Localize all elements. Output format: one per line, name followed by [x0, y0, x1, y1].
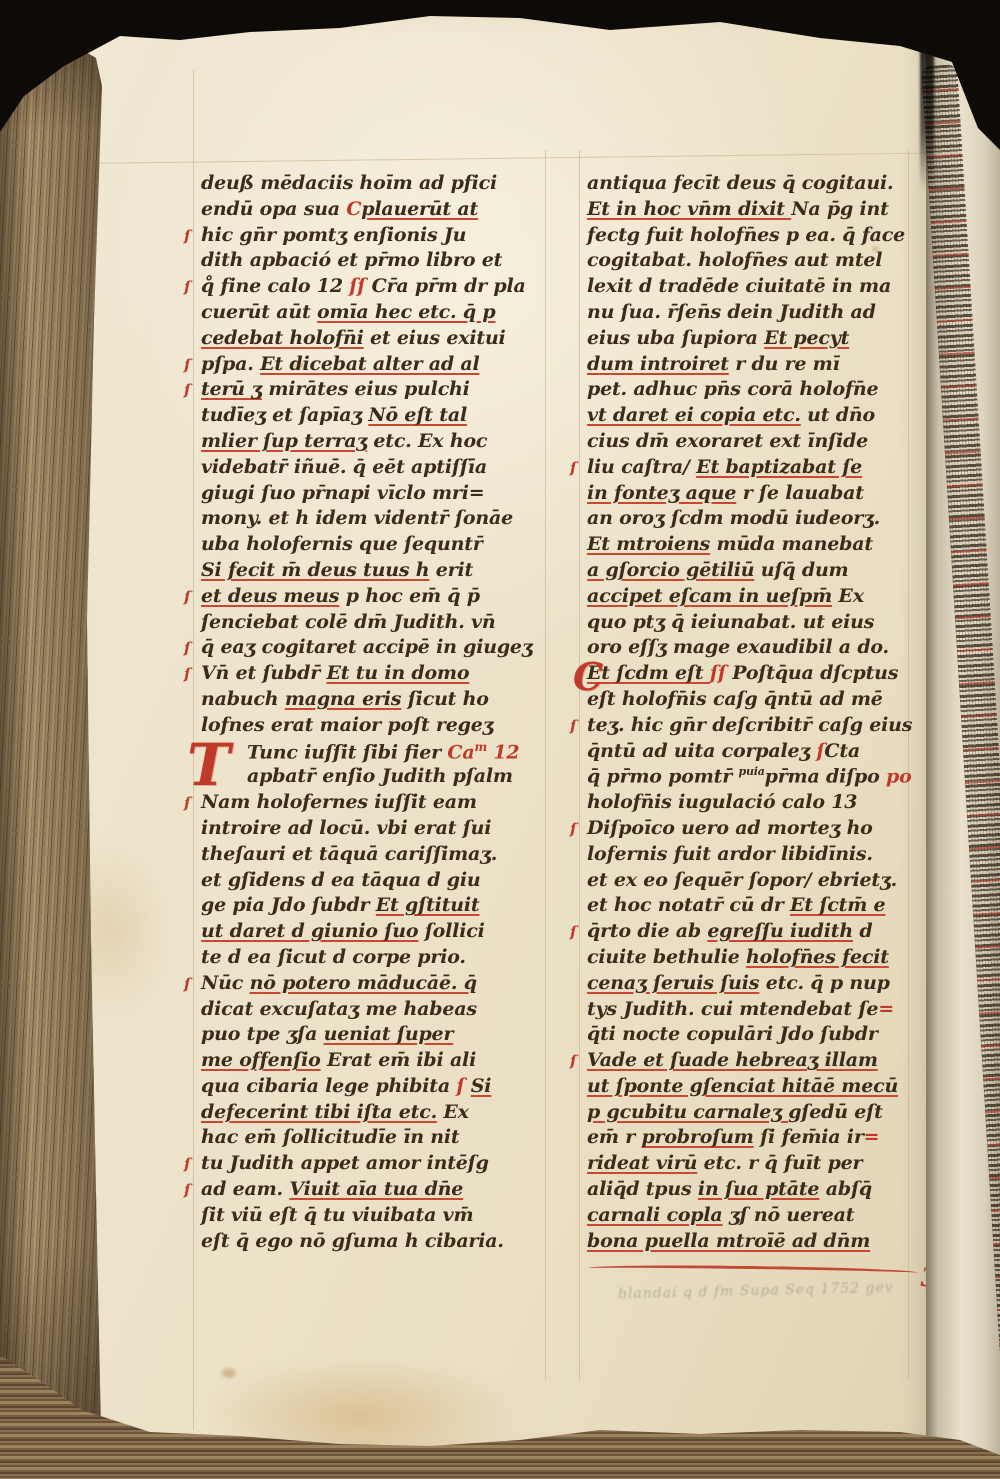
text-column-right: antiqua fecīt deus q̄ cogitaui.Et in hoc… [587, 172, 917, 1255]
text-run: holofn̄is iugulació calo 13 [587, 791, 857, 813]
manuscript-line: defecerint tibi iſta etc. Ex [201, 1101, 545, 1127]
text-run: pr̄ma diſpo [765, 766, 886, 788]
text-run: magna eris [285, 688, 401, 710]
text-run: puo tpe ʒſa [201, 1023, 324, 1045]
text-run: et ex eo ſequēr ſopor/ ebrietʒ. [587, 869, 897, 891]
manuscript-line: eſt holofn̄is caſg q̄ntū ad mē [587, 688, 917, 714]
text-run: lofernis fuit ardor libidīnis. [587, 843, 873, 865]
manuscript-line: aliq̄d tpus in ſua ptāte abſq̄ [587, 1178, 917, 1204]
rubric-margin-tick: ſ [570, 923, 576, 941]
text-run: defecerint tibi iſta etc. [201, 1101, 437, 1123]
manuscript-line: accipet eſcam in ueſpm̄ Ex [587, 585, 917, 611]
manuscript-line: deuß mēdaciis hoīm ad pfici [201, 172, 545, 198]
rubric-margin-tick: ſ [184, 227, 190, 245]
book-photograph: deuß mēdaciis hoīm ad pficiendū opa sua … [0, 0, 1000, 1479]
text-run: quo ptʒ q̄ ieiunabat. ut eius [587, 611, 874, 633]
manuscript-line: ſit viū eſt q̄ tu viuibata vm̄ [201, 1204, 545, 1230]
manuscript-line: me offenſio Erat em̄ ibi ali [201, 1049, 545, 1075]
text-run: cenaʒ ſeruis ſuis [587, 972, 759, 994]
text-run: mirātes eius pulchi [262, 378, 470, 400]
manuscript-line: antiqua fecīt deus q̄ cogitaui. [587, 172, 917, 198]
text-run: omīa hec etc. q̄ p [317, 301, 495, 323]
text-run: mony. et h idem videntr̄ ſonāe [201, 507, 513, 529]
manuscript-line: ſVade et ſuade hebreaʒ illam [587, 1049, 917, 1075]
manuscript-line: cius dm̄ exoraret ext īnſide [587, 430, 917, 456]
rubric-margin-tick: ſ [184, 381, 190, 399]
text-run: Et ſcdm eſt [587, 662, 710, 684]
text-run: 12 [487, 741, 519, 763]
text-run: cuerūt aūt [201, 301, 317, 323]
text-run: et deus meus [201, 585, 339, 607]
manuscript-line: ſet deus meus p hoc em̄ q̄ p̄ [201, 585, 545, 611]
text-run: Nam holofernes iuſſit eam [201, 791, 477, 813]
text-run: m [474, 740, 487, 754]
manuscript-line: oro eſſʒ mage exaudibil a do. [587, 636, 917, 662]
manuscript-line: dicat excuſataʒ me habeas [201, 998, 545, 1024]
text-run: etc. q̄ p nup [759, 972, 889, 994]
book-fore-edge [0, 0, 102, 1479]
manuscript-line: lofernis fuit ardor libidīnis. [587, 843, 917, 869]
text-run: ſit viū eſt q̄ tu viuibata vm̄ [201, 1204, 473, 1226]
manuscript-line: et gſidens d ea tāqua d giu [201, 869, 545, 895]
text-run: tudīeʒ et ſapīaʒ [201, 404, 368, 426]
text-run: Tunc iuſſit ſibi fier [247, 741, 447, 763]
rubric-margin-tick: ſ [184, 665, 190, 683]
text-run: C [346, 198, 361, 220]
manuscript-line: mony. et h idem videntr̄ ſonāe [201, 507, 545, 533]
facing-page-text-edge-on [921, 64, 1000, 1404]
manuscript-line: uba holofernis que ſequntr̄ [201, 533, 545, 559]
text-run: in fonteʒ aque [587, 482, 736, 504]
text-run: videbatr̄ iñuē. q̄ eēt aptiſſīa [201, 456, 487, 478]
text-run: d [853, 920, 873, 942]
text-run: introire ad locū. vbi erat ſui [201, 817, 491, 839]
manuscript-line: dith apbació et pr̄mo libro et [201, 249, 545, 275]
text-run: et eius exitui [364, 327, 506, 349]
manuscript-line: holofn̄is iugulació calo 13 [587, 791, 917, 817]
text-run: q̄ eaʒ cogitaret accipē in giugeʒ [201, 636, 532, 658]
text-run: dicat excuſataʒ me habeas [201, 998, 477, 1020]
text-run: ad eam. [201, 1178, 289, 1200]
text-run: endū opa sua [201, 198, 346, 220]
text-run: Si fecit m̄ deus tuus h [201, 559, 429, 581]
text-run: te d ea ſicut d corpe prio. [201, 946, 466, 968]
text-run: vt daret ei copia etc. [587, 404, 801, 426]
manuscript-line: nu ſua. r̄ſen̄s dein Judith ad [587, 301, 917, 327]
manuscript-line: ſVn̄ et ſubdr̄ Et tu in domo [201, 662, 545, 688]
ruling-line-right-column-left [579, 150, 580, 1380]
manuscript-line: ciuite bethulie holofn̄es fecit [587, 946, 917, 972]
text-run: pſpa. [201, 353, 260, 375]
manuscript-line: giugi ſuo pr̄napi vīclo mri= [201, 482, 545, 508]
manuscript-line: ſterū ʒ mirātes eius pulchi [201, 378, 545, 404]
text-run: q̄rto die ab [587, 920, 707, 942]
manuscript-line: ſDiſpoīco uero ad morteʒ ho [587, 817, 917, 843]
manuscript-line: pet. adhuc pn̄s corā holofn̄e [587, 378, 917, 404]
manuscript-line: p gcubitu carnaleʒ gſedū eſt [587, 1101, 917, 1127]
manuscript-line: te d ea ſicut d corpe prio. [201, 946, 545, 972]
manuscript-line: q̄ pr̄mo pomtr̄ puiapr̄ma diſpo po [587, 765, 917, 791]
manuscript-line: theſauri et tāquā cariſſimaʒ. [201, 843, 545, 869]
text-run: Ex [437, 1101, 469, 1123]
text-run: Poſtq̄ua dſcptus [726, 662, 898, 684]
text-run: Diſpoīco uero ad morteʒ ho [587, 817, 873, 839]
text-run: ſicut ho [401, 688, 488, 710]
manuscript-line: ſteʒ. hic gn̄r deſcribitr̄ caſg eius [587, 714, 917, 740]
text-run: cius dm̄ exoraret ext īnſide [587, 430, 868, 452]
rubric-margin-tick: ſ [184, 356, 190, 374]
text-run: lofnes erat maior poſt regeʒ [201, 714, 493, 736]
manuscript-line: an oroʒ ſcdm modū iudeorʒ. [587, 507, 917, 533]
rubric-margin-tick: ſ [184, 975, 190, 993]
text-run: ſi fem̄ia ir [754, 1126, 864, 1148]
text-run: eſt q̄ ego nō gſuma h cibaria. [201, 1230, 504, 1252]
text-run: abſq̄ [819, 1178, 872, 1200]
text-run: Et gſtituit [376, 894, 480, 916]
text-run: cogitabat. holofn̄es aut mtel [587, 249, 882, 271]
manuscript-line: ſNam holofernes iuſſit eam [201, 791, 545, 817]
text-run: etc. r q̄ fuīt per [697, 1152, 862, 1174]
text-run: et hoc notatr̄ cū dr [587, 894, 790, 916]
text-run: liu caſtra/ [587, 456, 696, 478]
manuscript-line: ſliu caſtra/ Et baptizabat ſe [587, 456, 917, 482]
manuscript-line: vt daret ei copia etc. ut dn̄o [587, 404, 917, 430]
text-run: ciuite bethulie [587, 946, 746, 968]
text-run: ſenciebat colē dm̄ Judith. vn̄ [201, 611, 496, 633]
text-run: a gſorcio gētiliū [587, 559, 754, 581]
manuscript-line: apbatr̄ enſio Judith pſalm [201, 765, 545, 791]
manuscript-line: introire ad locū. vbi erat ſui [201, 817, 545, 843]
manuscript-line: q̄ti nocte copulāri Jdo ſubdr [587, 1023, 917, 1049]
text-run: q̄ti nocte copulāri Jdo ſubdr [587, 1023, 878, 1045]
manuscript-line: et hoc notatr̄ cū dr Et ſctm̄ e [587, 894, 917, 920]
text-run: me offenſio [201, 1049, 321, 1071]
text-run: Cr̄a pr̄m dr pla [365, 275, 525, 297]
text-run: oro eſſʒ mage exaudibil a do. [587, 636, 889, 658]
text-run: aliq̄d tpus [587, 1178, 698, 1200]
rubric-margin-tick: ſ [184, 794, 190, 812]
text-run: ueniat ſuper [324, 1023, 454, 1045]
text-run: Et mtroiens [587, 533, 710, 555]
text-run: nō potero māducāē. q̄ [250, 972, 477, 994]
text-run: rideat virū [587, 1152, 697, 1174]
text-run: egreſſu iudith [707, 920, 853, 942]
manuscript-line: cuerūt aūt omīa hec etc. q̄ p [201, 301, 545, 327]
manuscript-line: cedebat holofn̄i et eius exitui [201, 327, 545, 353]
manuscript-line: tudīeʒ et ſapīaʒ Nō eſt tal [201, 404, 545, 430]
text-run: tu Judith appet amor intēſg [201, 1152, 489, 1174]
text-run: qua cibaria lege phibita [201, 1075, 456, 1097]
text-run: ut ſponte gſenciat hitāē mecū [587, 1075, 898, 1097]
manuscript-line: ge pia Jdo ſubdr Et gſtituit [201, 894, 545, 920]
text-run: ſſ [710, 662, 726, 684]
manuscript-line: a gſorcio gētiliū uſq̄ dum [587, 559, 917, 585]
manuscript-line: et ex eo ſequēr ſopor/ ebrietʒ. [587, 869, 917, 895]
manuscript-line: quo ptʒ q̄ ieiunabat. ut eius [587, 611, 917, 637]
text-run: mūda manebat [710, 533, 873, 555]
rubric-margin-tick: ſ [184, 639, 190, 657]
text-run: eſt holofn̄is caſg q̄ntū ad mē [587, 688, 883, 710]
manuscript-line: ſtu Judith appet amor intēſg [201, 1152, 545, 1178]
text-run: Nūc [201, 972, 250, 994]
text-run: ge pia Jdo ſubdr [201, 894, 376, 916]
text-run: dith apbació et pr̄mo libro et [201, 249, 502, 271]
text-run: carnali copla [587, 1204, 723, 1226]
text-run: r ſe lauabat [736, 482, 864, 504]
text-run: Et baptizabat ſe [696, 456, 862, 478]
text-run: cedebat holofn̄i [201, 327, 364, 349]
text-run: uba holofernis que ſequntr̄ [201, 533, 483, 555]
text-run: apbatr̄ enſio Judith pſalm [247, 765, 513, 787]
manuscript-line: videbatr̄ iñuē. q̄ eēt aptiſſīa [201, 456, 545, 482]
manuscript-line: in fonteʒ aque r ſe lauabat [587, 482, 917, 508]
manuscript-line: CEt ſcdm eſt ſſ Poſtq̄ua dſcptus [587, 662, 917, 688]
text-run: Et ſctm̄ e [790, 894, 885, 916]
manuscript-line: ut daret d giunio ſuo ſollici [201, 920, 545, 946]
text-run: Ca [447, 741, 474, 763]
text-run: an oroʒ ſcdm modū iudeorʒ. [587, 507, 880, 529]
text-run: pet. adhuc pn̄s corā holofn̄e [587, 378, 878, 400]
text-run: Et pecyt [764, 327, 849, 349]
text-run: Na p̄g int [791, 198, 889, 220]
manuscript-line: em̄ r probroſum ſi fem̄ia ir= [587, 1126, 917, 1152]
manuscript-line: q̄ntū ad uita corpaleʒ ſCta [587, 740, 917, 766]
text-run: = [878, 998, 894, 1020]
manuscript-line: ſpſpa. Et dicebat alter ad al [201, 353, 545, 379]
rubric-margin-tick: ſ [570, 459, 576, 477]
text-run: q̄ pr̄mo pomtr̄ [587, 766, 738, 788]
text-run: p gcubitu carnaleʒ [587, 1101, 788, 1123]
text-run: Viuit aīa tua dn̄e [289, 1178, 463, 1200]
manuscript-line: cenaʒ ſeruis ſuis etc. q̄ p nup [587, 972, 917, 998]
rubric-margin-tick: ſ [184, 588, 190, 606]
manuscript-line: carnali copla ʒſ nō uereat [587, 1204, 917, 1230]
rubric-margin-tick: ſ [184, 1155, 190, 1173]
manuscript-line: ſq̄ eaʒ cogitaret accipē in giugeʒ [201, 636, 545, 662]
text-run: Vade et ſuade hebreaʒ illam [587, 1049, 878, 1071]
text-run: q̄ntū ad uita corpaleʒ [587, 740, 816, 762]
text-run: Et in hoc vn̄m dixit [587, 198, 791, 220]
rubric-margin-tick: ſ [570, 1052, 576, 1070]
text-run: plauerūt at [361, 198, 478, 220]
text-run: Erat em̄ ibi ali [321, 1049, 477, 1071]
text-run: ſ [456, 1075, 470, 1097]
text-run: nabuch [201, 688, 285, 710]
manuscript-line: cogitabat. holofn̄es aut mtel [587, 249, 917, 275]
text-run: Nō eſt tal [368, 404, 467, 426]
text-run: erit [429, 559, 473, 581]
manuscript-line: ut ſponte gſenciat hitāē mecū [587, 1075, 917, 1101]
text-run: fectg fuit holofn̄es p ea. q̄ face [587, 224, 905, 246]
red-flourish: ʒ [588, 1262, 932, 1276]
text-run: giugi ſuo pr̄napi vīclo mri= [201, 482, 484, 504]
manuscript-line: ſNūc nō potero māducāē. q̄ [201, 972, 545, 998]
text-run: et gſidens d ea tāqua d giu [201, 869, 481, 891]
manuscript-line: endū opa sua Cplauerūt at [201, 198, 545, 224]
manuscript-line: hac em̄ ſollicitudīe īn nit [201, 1126, 545, 1152]
manuscript-line: ſenciebat colē dm̄ Judith. vn̄ [201, 611, 545, 637]
text-run: hac em̄ ſollicitudīe īn nit [201, 1126, 459, 1148]
text-run: deuß mēdaciis hoīm ad pfici [201, 172, 497, 194]
text-run: nu ſua. r̄ſen̄s dein Judith ad [587, 301, 876, 323]
text-run: eius uba ſupiora [587, 327, 764, 349]
manuscript-line: ſhic gn̄r pomtʒ enſionis Ju [201, 224, 545, 250]
manuscript-line: rideat virū etc. r q̄ fuīt per [587, 1152, 917, 1178]
manuscript-line: Et mtroiens mūda manebat [587, 533, 917, 559]
text-run: Et tu in domo [326, 662, 469, 684]
text-run: dum introiret [587, 353, 729, 375]
manuscript-line: ſq̊ fine calo 12 ſſ Cr̄a pr̄m dr pla [201, 275, 545, 301]
manuscript-line: bona puella mtroīē ad dn̄m [587, 1230, 917, 1256]
text-run: etc. Ex hoc [367, 430, 487, 452]
rubric-margin-tick: ſ [570, 820, 576, 838]
rubric-margin-tick: ſ [184, 278, 190, 296]
manuscript-line: fectg fuit holofn̄es p ea. q̄ face [587, 224, 917, 250]
manuscript-line: ſq̄rto die ab egreſſu iudith d [587, 920, 917, 946]
text-column-left: deuß mēdaciis hoīm ad pficiendū opa sua … [201, 172, 545, 1255]
manuscript-line: dum introiret r du re mī [587, 353, 917, 379]
manuscript-line: qua cibaria lege phibita ſ Si [201, 1075, 545, 1101]
text-run: po [886, 766, 912, 788]
text-run: gſedū eſt [788, 1101, 883, 1123]
text-run: mlier ſup terraʒ [201, 430, 367, 452]
text-run: Ex [832, 585, 864, 607]
manuscript-line: lexit d tradēde ciuitatē in ma [587, 275, 917, 301]
text-run: Cta [824, 740, 860, 762]
text-run: ut dn̄o [801, 404, 875, 426]
text-run: accipet eſcam in ueſpm̄ [587, 585, 832, 607]
text-run: p hoc em̄ q̄ p̄ [339, 585, 480, 607]
manuscript-line: Et in hoc vn̄m dixit Na p̄g int [587, 198, 917, 224]
red-flourish-line [588, 1264, 918, 1278]
manuscript-line: nabuch magna eris ſicut ho [201, 688, 545, 714]
text-run: lexit d tradēde ciuitatē in ma [587, 275, 891, 297]
text-run: hic gn̄r pomtʒ enſionis Ju [201, 224, 466, 246]
text-run: in ſua ptāte [698, 1178, 819, 1200]
manuscript-line: eius uba ſupiora Et pecyt [587, 327, 917, 353]
text-run: holofn̄es fecit [746, 946, 889, 968]
manuscript-line: tys Judith. cui mtendebat ſe= [587, 998, 917, 1024]
rubric-margin-tick: ſ [184, 1181, 190, 1199]
text-run: antiqua fecīt deus q̄ cogitaui. [587, 172, 893, 194]
text-run: bona puella mtroīē ad dn̄m [587, 1230, 870, 1252]
text-run: uſq̄ dum [754, 559, 848, 581]
text-run: ut daret d giunio ſuo [201, 920, 418, 942]
text-run: theſauri et tāquā cariſſimaʒ. [201, 843, 497, 865]
text-run: Vn̄ et ſubdr̄ [201, 662, 326, 684]
text-run: em̄ r [587, 1126, 641, 1148]
manuscript-line: Si fecit m̄ deus tuus h erit [201, 559, 545, 585]
text-run: Et dicebat alter ad al [260, 353, 479, 375]
text-run: = [864, 1126, 880, 1148]
ruling-line-left-column-right [545, 150, 546, 1380]
manuscript-line: ſad eam. Viuit aīa tua dn̄e [201, 1178, 545, 1204]
text-run: ſſ [349, 275, 365, 297]
text-run: puia [738, 765, 764, 778]
text-run: tys Judith. cui mtendebat ſe [587, 998, 878, 1020]
manuscript-line: eſt q̄ ego nō gſuma h cibaria. [201, 1230, 545, 1256]
text-run: ſollici [418, 920, 484, 942]
manuscript-line: mlier ſup terraʒ etc. Ex hoc [201, 430, 545, 456]
rubric-margin-tick: ſ [570, 717, 576, 735]
text-run: terū ʒ [201, 378, 262, 400]
text-run: teʒ. hic gn̄r deſcribitr̄ caſg eius [587, 714, 912, 736]
text-run: Si [471, 1075, 492, 1097]
manuscript-line: TTunc iuſſit ſibi fier Cam 12 [201, 740, 545, 766]
manuscript-line: puo tpe ʒſa ueniat ſuper [201, 1023, 545, 1049]
text-run: r du re mī [729, 353, 840, 375]
facing-page-edge [926, 6, 1000, 1479]
manuscript-line: lofnes erat maior poſt regeʒ [201, 714, 545, 740]
text-run: probroſum [641, 1126, 753, 1148]
text-run: q̊ fine calo 12 [201, 275, 349, 297]
text-run: ʒſ nō uereat [723, 1204, 855, 1226]
